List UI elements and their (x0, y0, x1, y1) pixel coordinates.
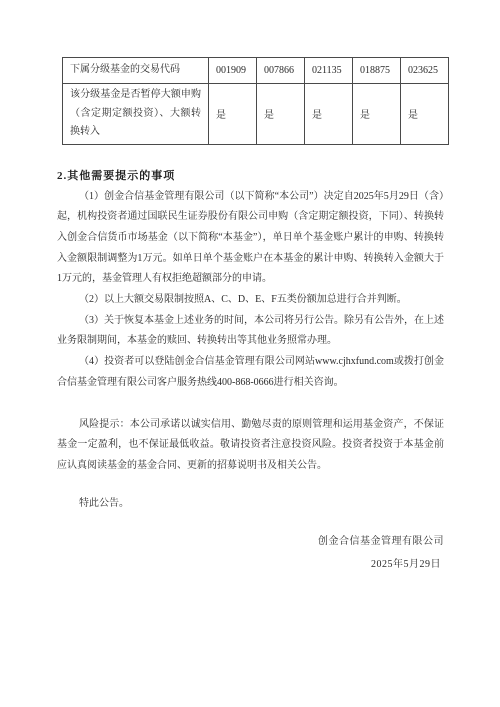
suspension-status-cell: 是 (401, 84, 449, 145)
suspension-status-cell: 是 (353, 84, 401, 145)
paragraph-3: （3）关于恢复本基金上述业务的时间，本公司将另行公告。除另有公告外，在上述业务限… (57, 311, 444, 352)
fund-code-cell: 018875 (353, 58, 401, 84)
row-label-suspension-status: 该分级基金是否暂停大额申购（含定期定额投资）、大额转换转入 (63, 84, 209, 145)
paragraph-2: （2）以上大额交易限制按照A、C、D、E、F五类份额加总进行合并判断。 (57, 290, 444, 311)
fund-code-cell: 007866 (257, 58, 305, 84)
paragraph-4: （4）投资者可以登陆创金合信基金管理有限公司网站www.cjhxfund.com… (57, 352, 444, 393)
announcement-date: 2025年5月29日 (57, 553, 444, 576)
company-name: 创金合信基金管理有限公司 (57, 530, 444, 553)
announcement-page: 下属分级基金的交易代码 001909 007866 021135 018875 … (0, 0, 500, 707)
section-heading: 2.其他需要提示的事项 (57, 166, 444, 187)
table-row-trading-codes: 下属分级基金的交易代码 001909 007866 021135 018875 … (63, 58, 449, 84)
paragraph-1: （1）创金合信基金管理有限公司（以下简称“本公司”）决定自2025年5月29日（… (57, 187, 444, 291)
fund-code-cell: 023625 (401, 58, 449, 84)
fund-codes-table: 下属分级基金的交易代码 001909 007866 021135 018875 … (62, 57, 449, 145)
suspension-status-cell: 是 (209, 84, 257, 145)
suspension-status-cell: 是 (257, 84, 305, 145)
suspension-status-cell: 是 (305, 84, 353, 145)
fund-code-cell: 001909 (209, 58, 257, 84)
table-row-suspension-status: 该分级基金是否暂停大额申购（含定期定额投资）、大额转换转入 是 是 是 是 是 (63, 84, 449, 145)
closing-statement: 特此公告。 (57, 494, 444, 515)
row-label-trading-codes: 下属分级基金的交易代码 (63, 58, 209, 84)
risk-notice: 风险提示：本公司承诺以诚实信用、勤勉尽责的原则管理和运用基金资产，不保证基金一定… (57, 415, 444, 477)
signature-block: 创金合信基金管理有限公司 2025年5月29日 (57, 530, 444, 576)
fund-code-cell: 021135 (305, 58, 353, 84)
document-content: 下属分级基金的交易代码 001909 007866 021135 018875 … (57, 57, 444, 576)
